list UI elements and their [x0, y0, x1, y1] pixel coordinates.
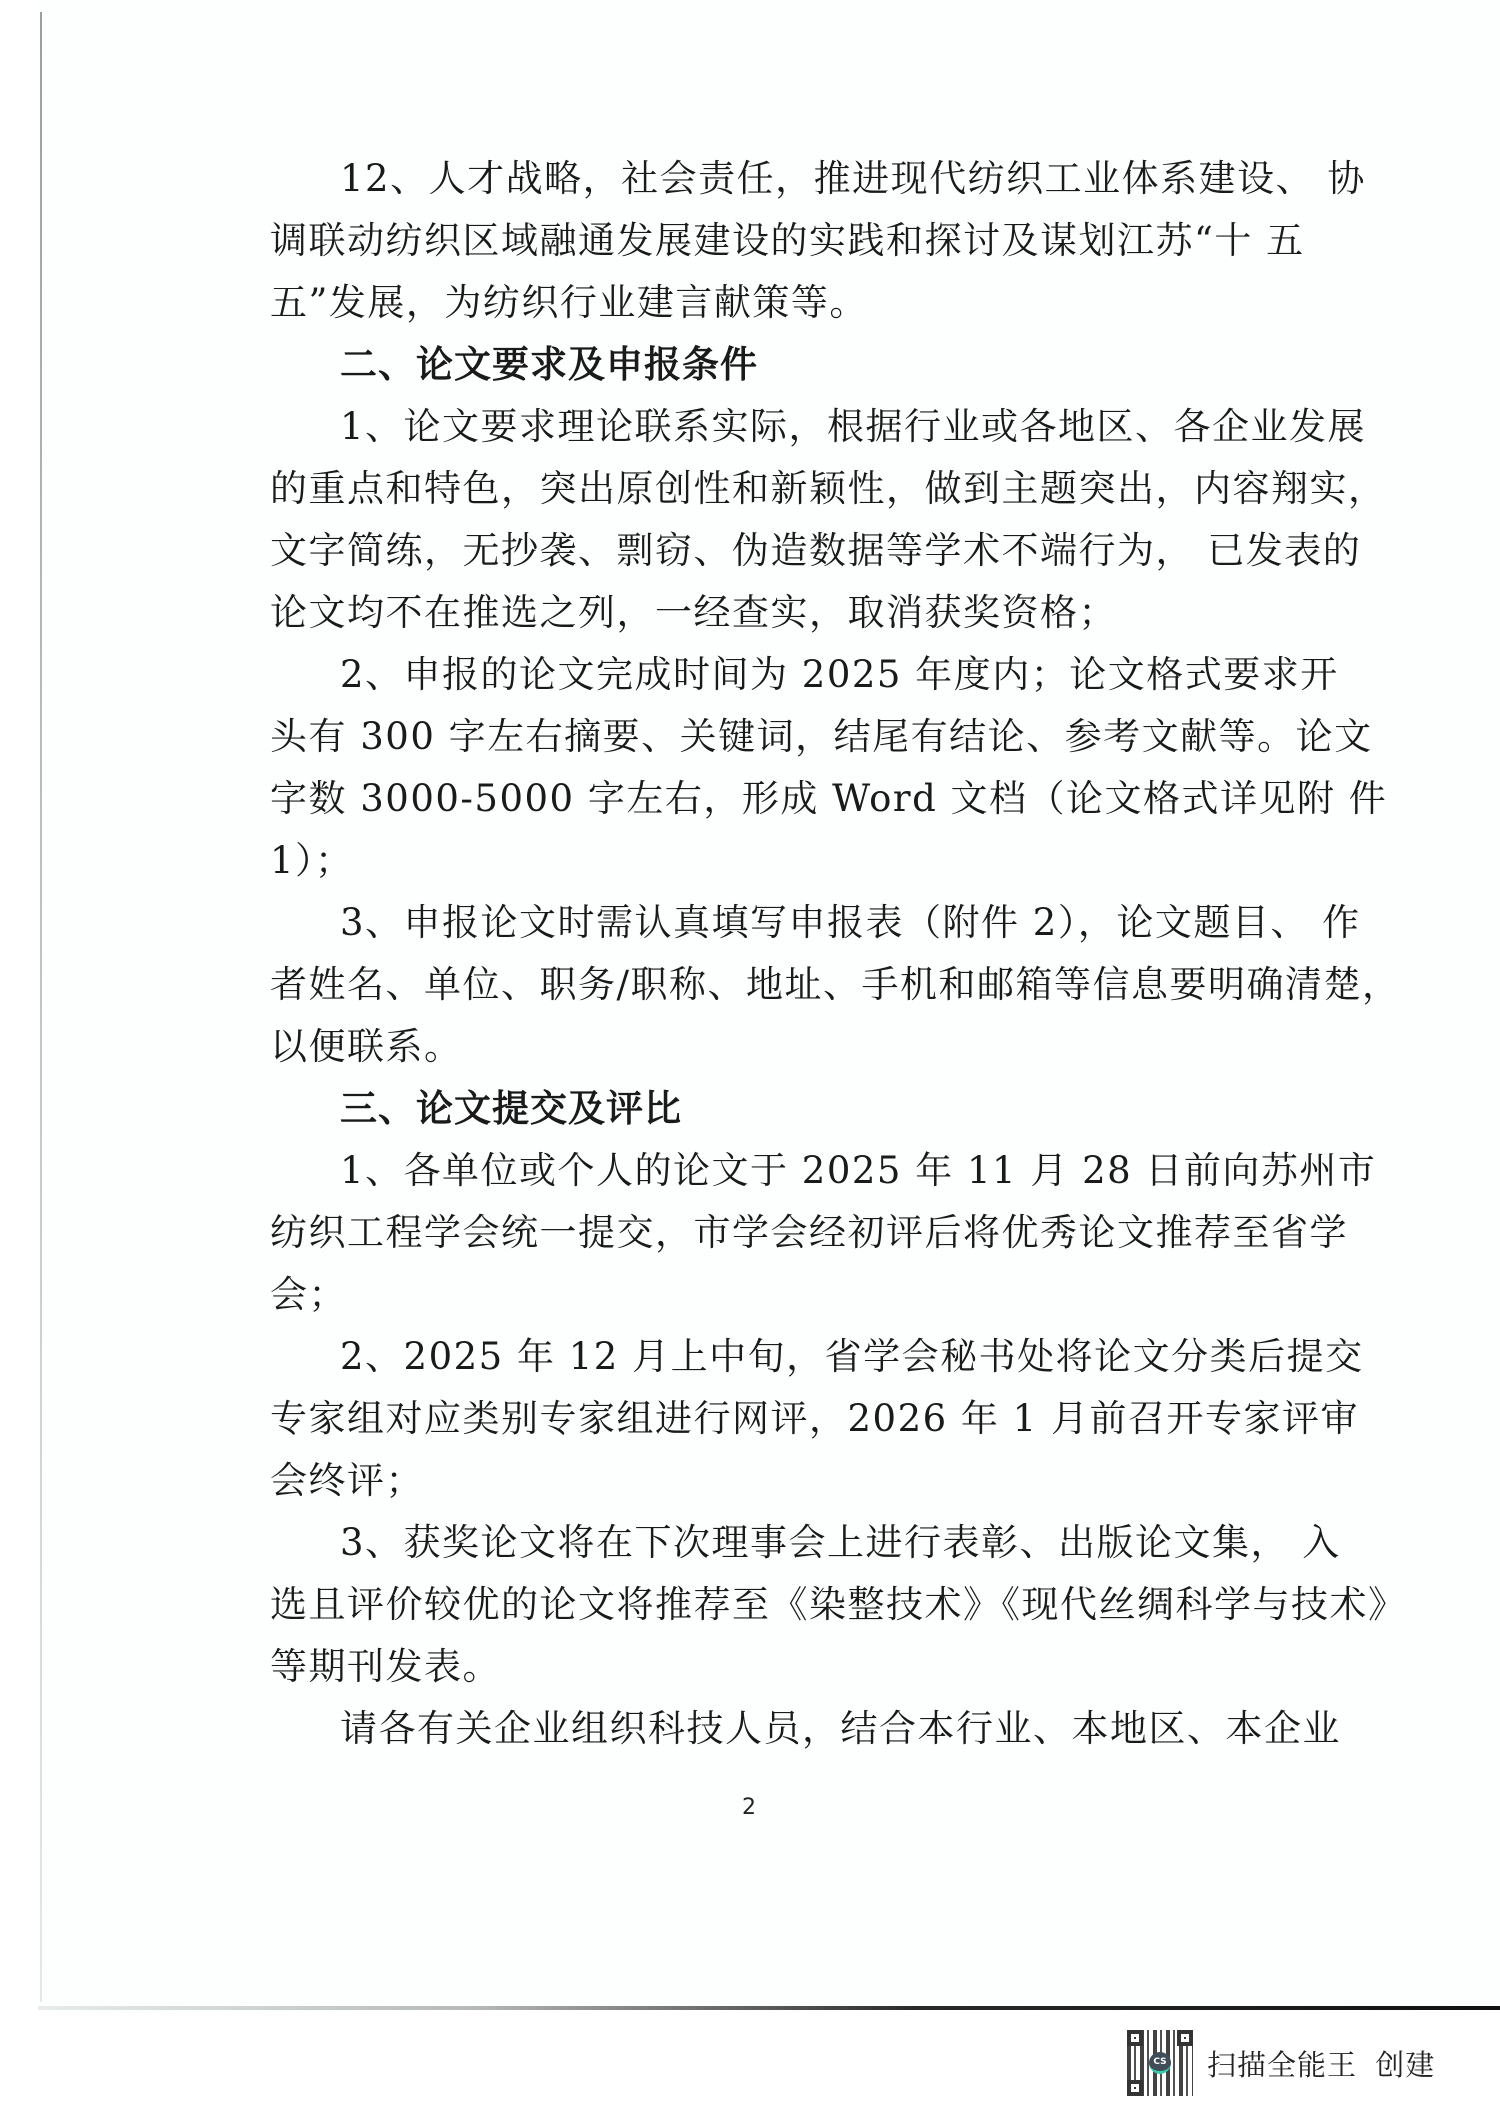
text-line: 的重点和特色，突出原创性和新颖性，做到主题突出，内容翔实， — [270, 458, 1282, 520]
text-line: 纺织工程学会统一提交，市学会经初评后将优秀论文推荐至省学 — [270, 1202, 1282, 1264]
text-line: 请各有关企业组织科技人员，结合本行业、本地区、本企业 — [270, 1698, 1282, 1760]
text-line: 者姓名、单位、职务/职称、地址、手机和邮箱等信息要明确清楚， — [270, 954, 1282, 1016]
paragraph-item-12: 12、人才战略，社会责任，推进现代纺织工业体系建设、 协 调联动纺织区域融通发展… — [270, 148, 1282, 334]
section-heading-submission: 三、论文提交及评比 — [270, 1078, 1282, 1140]
section-heading-requirements: 二、论文要求及申报条件 — [270, 334, 1282, 396]
text-line: 1）； — [270, 830, 1282, 892]
scan-left-edge-line — [40, 12, 42, 2002]
text-line: 选且评价较优的论文将推荐至《染整技术》《现代丝绸科学与技术》 — [270, 1574, 1282, 1636]
text-line: 3、申报论文时需认真填写申报表（附件 2），论文题目、 作 — [270, 892, 1282, 954]
text-line: 头有 300 字左右摘要、关键词，结尾有结论、参考文献等。论文 — [270, 706, 1282, 768]
text-line: 字数 3000-5000 字左右，形成 Word 文档（论文格式详见附 件 — [270, 768, 1282, 830]
text-line: 3、获奖论文将在下次理事会上进行表彰、出版论文集， 入 — [270, 1512, 1282, 1574]
watermark-text: 扫描全能王 创建 — [1207, 2043, 1435, 2084]
text-line: 2、2025 年 12 月上中旬，省学会秘书处将论文分类后提交 — [270, 1326, 1282, 1388]
qr-code-icon: CS — [1127, 2030, 1193, 2096]
paragraph-requirement-2: 2、申报的论文完成时间为 2025 年度内；论文格式要求开 头有 300 字左右… — [270, 644, 1282, 892]
text-line: 专家组对应类别专家组进行网评，2026 年 1 月前召开专家评审 — [270, 1388, 1282, 1450]
paragraph-submission-1: 1、各单位或个人的论文于 2025 年 11 月 28 日前向苏州市 纺织工程学… — [270, 1140, 1282, 1326]
text-line: 五”发展，为纺织行业建言献策等。 — [270, 272, 1282, 334]
paragraph-requirement-1: 1、论文要求理论联系实际，根据行业或各地区、各企业发展 的重点和特色，突出原创性… — [270, 396, 1282, 644]
text-line: 调联动纺织区域融通发展建设的实践和探讨及谋划江苏“十 五 — [270, 210, 1282, 272]
text-line: 会； — [270, 1264, 1282, 1326]
paragraph-requirement-3: 3、申报论文时需认真填写申报表（附件 2），论文题目、 作 者姓名、单位、职务/… — [270, 892, 1282, 1078]
text-line: 等期刊发表。 — [270, 1636, 1282, 1698]
scanner-watermark: CS 扫描全能王 创建 — [1127, 2030, 1435, 2096]
scan-bottom-edge-line — [38, 2006, 1500, 2010]
text-line: 会终评； — [270, 1450, 1282, 1512]
text-line: 1、各单位或个人的论文于 2025 年 11 月 28 日前向苏州市 — [270, 1140, 1282, 1202]
page-number: 2 — [742, 1795, 756, 1820]
camscanner-logo-icon: CS — [1149, 2052, 1171, 2074]
paragraph-submission-2: 2、2025 年 12 月上中旬，省学会秘书处将论文分类后提交 专家组对应类别专… — [270, 1326, 1282, 1512]
paragraph-closing: 请各有关企业组织科技人员，结合本行业、本地区、本企业 — [270, 1698, 1282, 1760]
paragraph-submission-3: 3、获奖论文将在下次理事会上进行表彰、出版论文集， 入 选且评价较优的论文将推荐… — [270, 1512, 1282, 1698]
text-line: 以便联系。 — [270, 1016, 1282, 1078]
text-line: 论文均不在推选之列，一经查实，取消获奖资格； — [270, 582, 1282, 644]
text-line: 1、论文要求理论联系实际，根据行业或各地区、各企业发展 — [270, 396, 1282, 458]
text-line: 文字简练，无抄袭、剽窃、伪造数据等学术不端行为， 已发表的 — [270, 520, 1282, 582]
text-line: 2、申报的论文完成时间为 2025 年度内；论文格式要求开 — [270, 644, 1282, 706]
document-body: 12、人才战略，社会责任，推进现代纺织工业体系建设、 协 调联动纺织区域融通发展… — [270, 148, 1282, 1760]
text-line: 12、人才战略，社会责任，推进现代纺织工业体系建设、 协 — [270, 148, 1282, 210]
